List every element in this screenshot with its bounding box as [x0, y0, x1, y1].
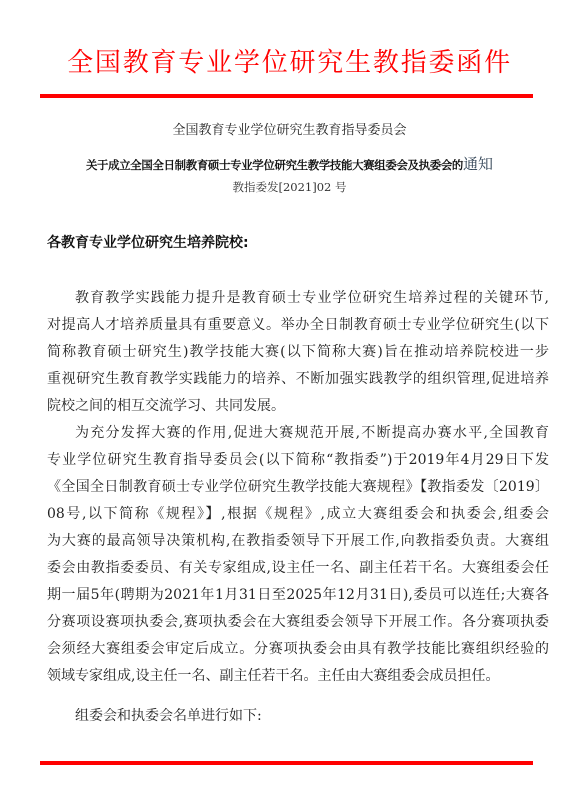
paragraph-line: 为充分发挥大赛的作用,促进大赛规范开展,不断提高办赛水平,全国教育	[47, 420, 549, 447]
paragraph-line: 为大赛的最高领导决策机构,在教指委领导下开展工作,向教指委负责。大赛组	[47, 528, 549, 555]
paragraph-line: 重视研究生教育教学实践能力的培养、不断加强实践教学的组织管理,促进培养	[47, 366, 549, 393]
body-paragraph-2: 为充分发挥大赛的作用,促进大赛规范开展,不断提高办赛水平,全国教育 专业学位研究…	[47, 420, 549, 690]
paragraph-line: 对提高人才培养质量具有重要意义。举办全日制教育硕士专业学位研究生(以下	[47, 312, 549, 339]
notice-title-suffix: 通知	[463, 155, 493, 173]
paragraph-line: 教育教学实践能力提升是教育硕士专业学位研究生培养过程的关键环节,	[47, 285, 549, 312]
paragraph-line: 简称教育硕士研究生)教学技能大赛(以下简称大赛)旨在推动培养院校进一步	[47, 339, 549, 366]
paragraph-line: 会须经大赛组委会审定后成立。分赛项执委会由具有教学技能比赛组织经验的	[47, 636, 549, 663]
paragraph-line: 《全国全日制教育硕士专业学位研究生教学技能大赛规程》【教指委发〔2019〕	[47, 474, 549, 501]
issuing-organization: 全国教育专业学位研究生教育指导委员会	[0, 122, 579, 140]
letterhead-title: 全国教育专业学位研究生教指委函件	[0, 46, 579, 80]
document-number: 教指委发[2021]02 号	[0, 179, 579, 195]
paragraph-line: 08号,以下简称《规程》】,根据《规程》,成立大赛组委会和执委会,组委会	[47, 501, 549, 528]
notice-title: 关于成立全国全日制教育硕士专业学位研究生教学技能大赛组委会及执委会的通知	[0, 153, 579, 176]
letterhead-divider-top	[40, 94, 533, 98]
paragraph-line: 分赛项设赛项执委会,赛项执委会在大赛组委会领导下开展工作。各分赛项执委	[47, 609, 549, 636]
body-paragraph-1: 教育教学实践能力提升是教育硕士专业学位研究生培养过程的关键环节, 对提高人才培养…	[47, 285, 549, 420]
paragraph-line: 组委会和执委会名单进行如下:	[47, 703, 549, 730]
paragraph-line: 院校之间的相互交流学习、共同发展。	[47, 393, 549, 420]
paragraph-line: 委会由教指委委员、有关专家组成,设主任一名、副主任若干名。大赛组委会任	[47, 555, 549, 582]
notice-title-main: 关于成立全国全日制教育硕士专业学位研究生教学技能大赛组委会及执委会的	[86, 158, 463, 172]
paragraph-line: 期一届5年(聘期为2021年1月31日至2025年12月31日),委员可以连任;…	[47, 582, 549, 609]
paragraph-line: 专业学位研究生教育指导委员会(以下简称“教指委”)于2019年4月29日下发	[47, 447, 549, 474]
body-paragraph-3: 组委会和执委会名单进行如下:	[47, 703, 549, 730]
letterhead-divider-bottom	[40, 761, 533, 765]
paragraph-line: 领域专家组成,设主任一名、副主任若干名。主任由大赛组委会成员担任。	[47, 663, 549, 690]
addressee: 各教育专业学位研究生培养院校:	[47, 232, 249, 254]
document-page: 全国教育专业学位研究生教指委函件 全国教育专业学位研究生教育指导委员会 关于成立…	[0, 0, 579, 810]
